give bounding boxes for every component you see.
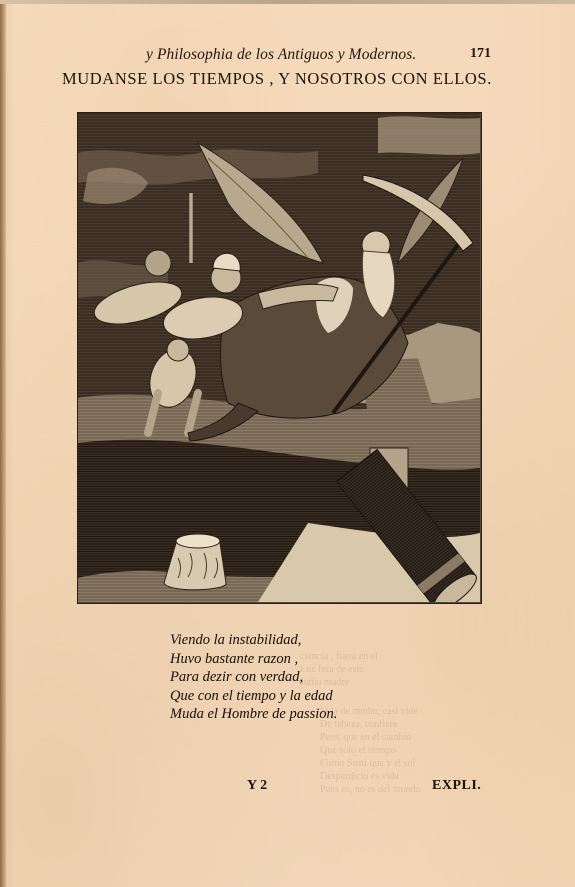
verse-line: Muda el Hombre de passion.: [170, 705, 430, 724]
signature-mark: Y 2: [247, 778, 267, 794]
verse-line: Que con el tiempo y la edad: [170, 687, 430, 706]
emblem-verse: Viendo la instabilidad, Huvo bastante ra…: [170, 631, 430, 724]
verse-line: Para dezir con verdad,: [170, 668, 430, 687]
page-gutter-shadow: [0, 0, 6, 887]
catchword: EXPLI.: [432, 778, 481, 794]
running-head: y Philosophia de los Antiguos y Modernos…: [146, 46, 506, 66]
page-number: 171: [470, 46, 491, 62]
book-page: ciencia , fuera en elLuz fera de esteJuñ…: [0, 0, 575, 887]
verse-line: Huvo bastante razon ,: [170, 650, 430, 669]
engraving-illustration: [77, 112, 482, 604]
page-top-edge: [0, 0, 575, 4]
verse-line: Viendo la instabilidad,: [170, 631, 430, 650]
emblem-title: MUDANSE LOS TIEMPOS , Y NOSOTROS CON ELL…: [62, 69, 502, 89]
